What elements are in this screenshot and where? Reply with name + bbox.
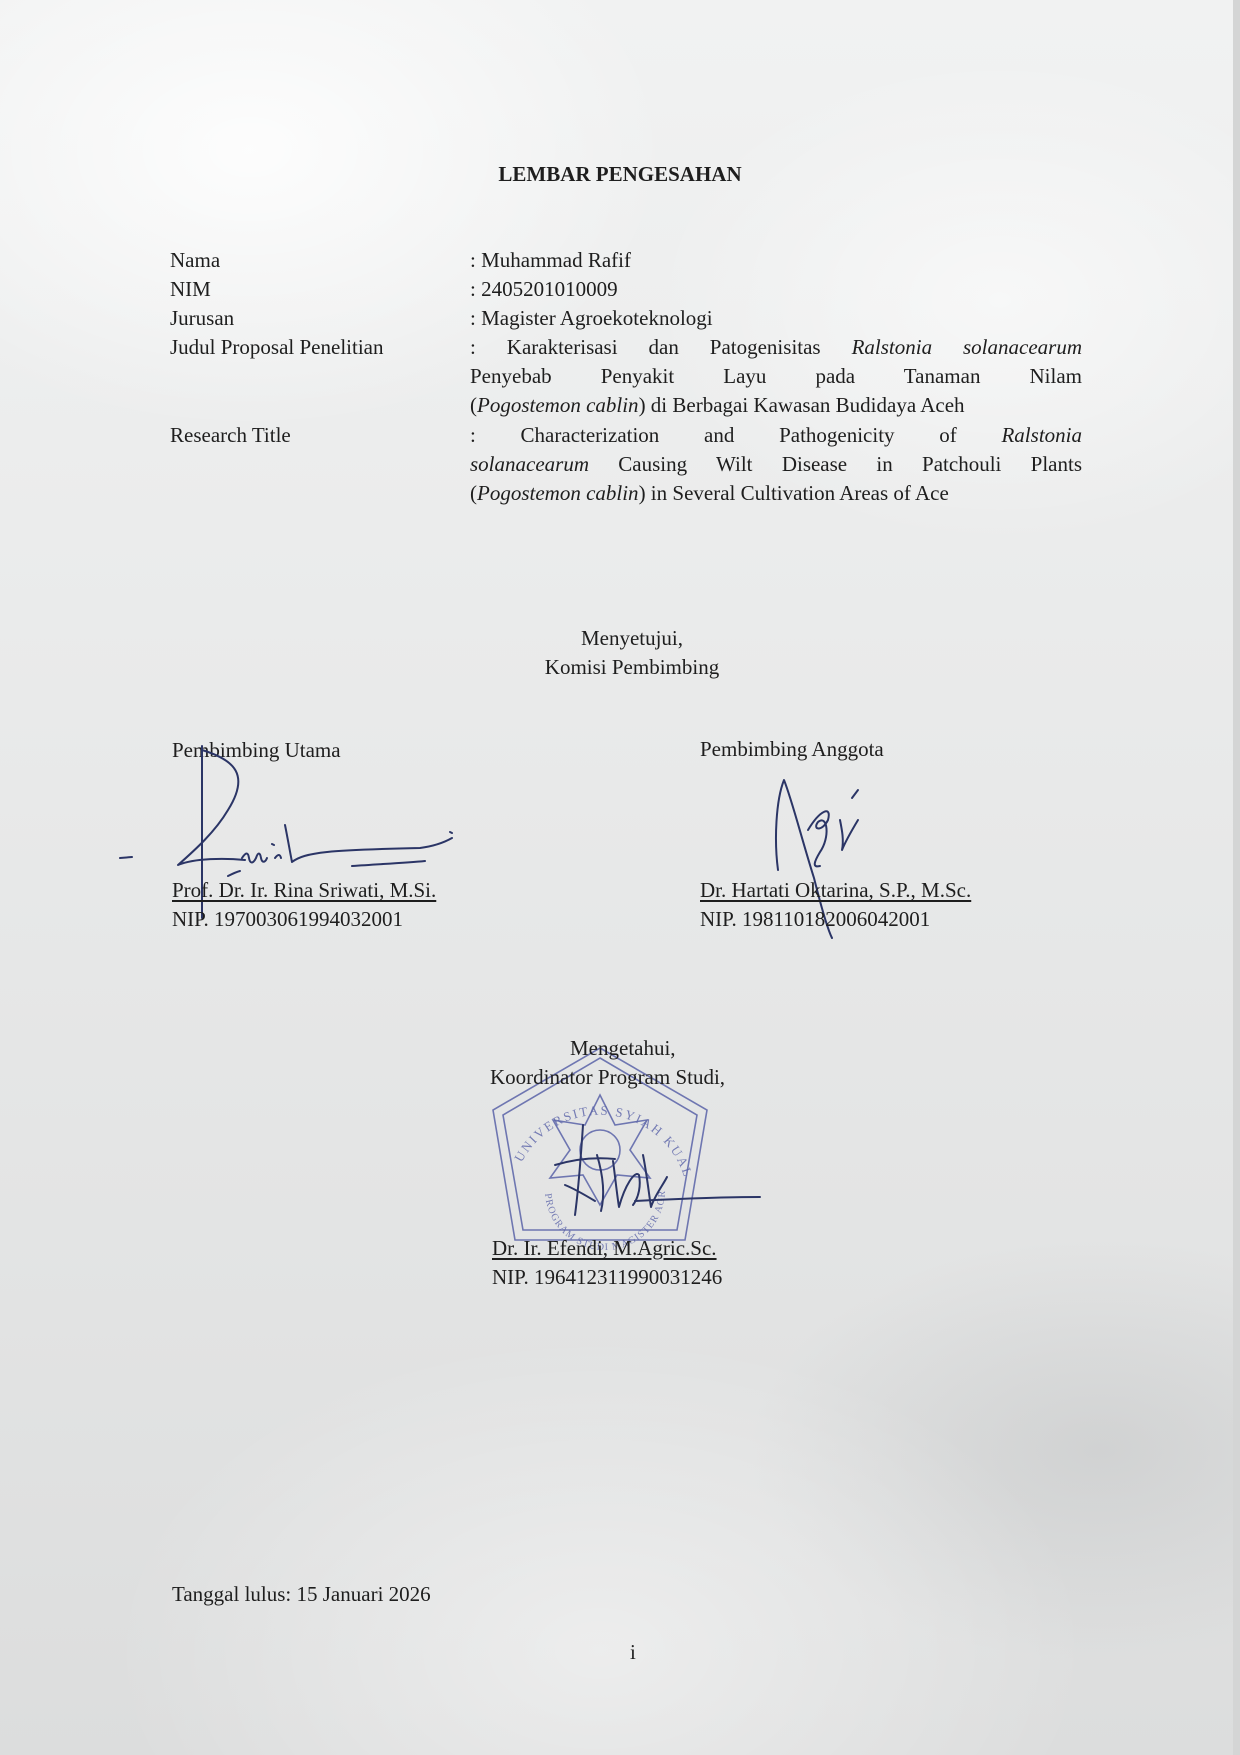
field-label-research-title: Research Title <box>170 421 291 449</box>
acknowledgement-heading: Mengetahui, <box>570 1034 676 1062</box>
field-label-nama: Nama <box>170 246 220 274</box>
document-title: LEMBAR PENGESAHAN <box>0 162 1240 187</box>
field-value-jurusan: : Magister Agroekoteknologi <box>470 304 713 332</box>
supervisor-nip-primary: NIP. 197003061994032001 <box>172 905 403 933</box>
proposal-title-line: (Pogostemon cablin) di Berbagai Kawasan … <box>470 391 1082 420</box>
proposal-title-line: Penyebab Penyakit Layu pada Tanaman Nila… <box>470 362 1082 391</box>
research-title-line: (Pogostemon cablin) in Several Cultivati… <box>470 479 1082 508</box>
page-edge <box>1233 0 1240 1755</box>
research-title-line: solanacearum Causing Wilt Disease in Pat… <box>470 450 1082 479</box>
supervisor-nip-member: NIP. 198110182006042001 <box>700 905 930 933</box>
research-title-value: : Characterization and Pathogenicity of … <box>470 421 1082 508</box>
proposal-title-value: : Karakterisasi dan Patogenisitas Ralsto… <box>470 333 1082 420</box>
supervisor-name-primary: Prof. Dr. Ir. Rina Sriwati, M.Si. <box>172 876 436 904</box>
supervisor-name-member: Dr. Hartati Oktarina, S.P., M.Sc. <box>700 876 971 904</box>
approval-subheading: Komisi Pembimbing <box>12 653 1240 681</box>
acknowledgement-subheading: Koordinator Program Studi, <box>490 1063 725 1091</box>
supervisor-role-member: Pembimbing Anggota <box>700 735 884 763</box>
graduation-date: Tanggal lulus: 15 Januari 2026 <box>172 1580 431 1608</box>
proposal-title-line: : Karakterisasi dan Patogenisitas Ralsto… <box>470 333 1082 362</box>
document-page: LEMBAR PENGESAHAN Nama NIM Jurusan Judul… <box>0 0 1240 1755</box>
page-number: i <box>630 1638 636 1666</box>
field-value-nim: : 2405201010009 <box>470 275 618 303</box>
field-label-jurusan: Jurusan <box>170 304 234 332</box>
field-label-judul: Judul Proposal Penelitian <box>170 333 384 361</box>
coordinator-nip: NIP. 196412311990031246 <box>492 1263 722 1291</box>
approval-heading: Menyetujui, <box>12 624 1240 652</box>
field-label-nim: NIM <box>170 275 211 303</box>
field-value-nama: : Muhammad Rafif <box>470 246 631 274</box>
coordinator-name: Dr. Ir. Efendi, M.Agric.Sc. <box>492 1234 717 1262</box>
research-title-line: : Characterization and Pathogenicity of … <box>470 421 1082 450</box>
signature-coordinator <box>545 1115 775 1225</box>
